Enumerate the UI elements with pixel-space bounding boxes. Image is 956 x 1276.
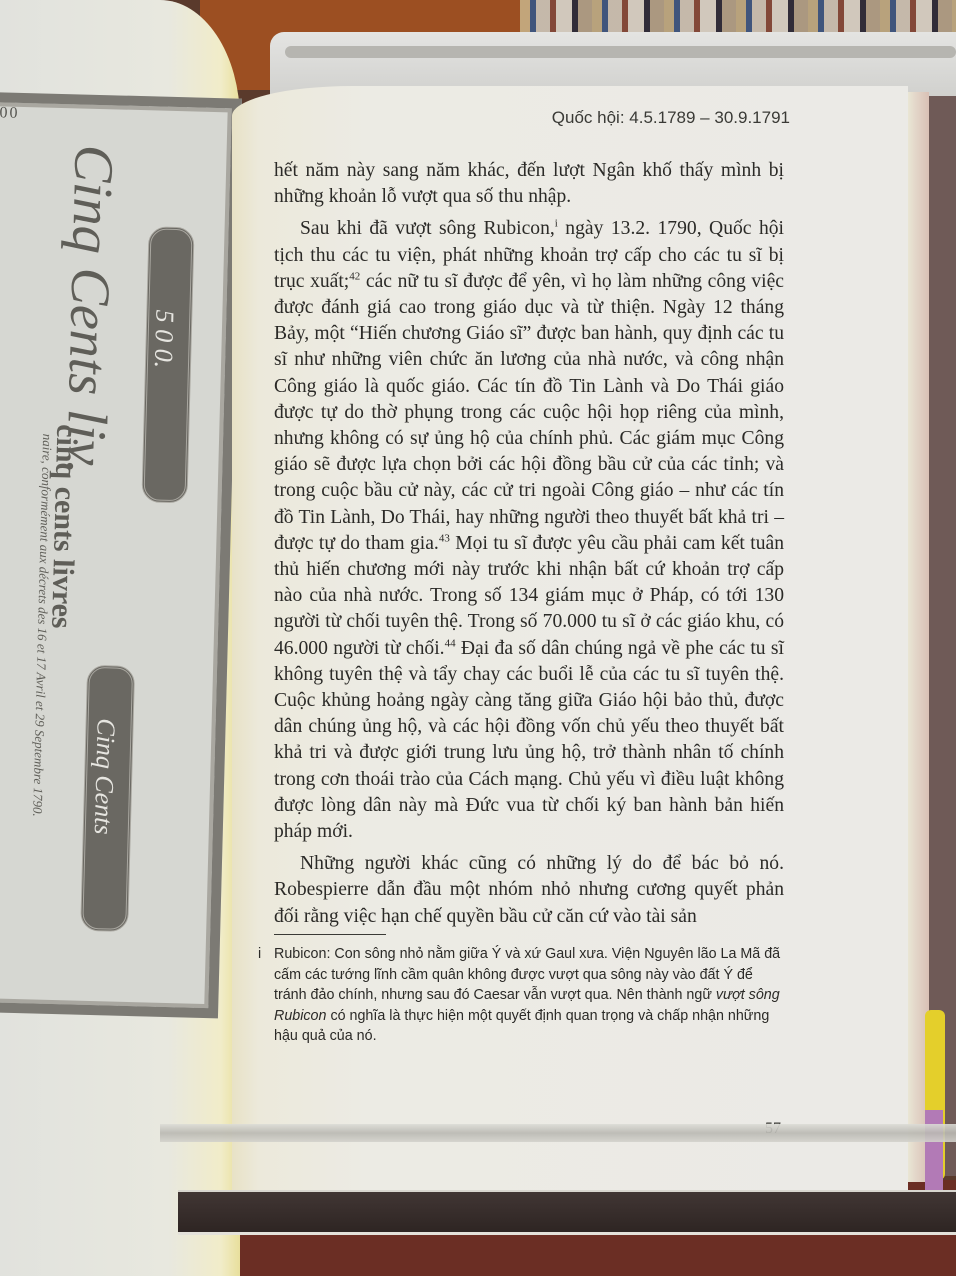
banknote-corner-value: 500 — [0, 104, 20, 123]
running-head: Quốc hội: 4.5.1789 – 30.9.1791 — [552, 108, 790, 128]
endnote-ref-44[interactable]: 44 — [445, 637, 456, 649]
background-monitor-bar — [285, 46, 956, 58]
footnote: i Rubicon: Con sông nhỏ nằm giữa Ý và xứ… — [258, 944, 786, 1047]
paragraph-3: Những người khác cũng có những lý do để … — [274, 851, 784, 930]
paragraph-text: các nữ tu sĩ được để yên, vì họ làm nhữn… — [274, 271, 784, 554]
acrylic-stand-base — [178, 1190, 956, 1235]
endnote-ref-43[interactable]: 43 — [439, 532, 450, 544]
footnote-text: Rubicon: Con sông nhỏ nằm giữa Ý và xứ G… — [274, 944, 786, 1047]
paragraph-text: hết năm này sang năm khác, đến lượt Ngân… — [274, 160, 784, 207]
footnote-separator — [274, 934, 386, 935]
paragraph-text: Đại đa số dân chúng ngả về phe các tu sĩ… — [274, 638, 784, 842]
paragraph-text: Sau khi đã vượt sông Rubicon, — [300, 218, 555, 239]
footnote-text-part: Rubicon: Con sông nhỏ nằm giữa Ý và xứ G… — [274, 946, 780, 1003]
paragraph-text: Những người khác cũng có những lý do để … — [274, 853, 784, 926]
body-text: hết năm này sang năm khác, đến lượt Ngân… — [274, 158, 784, 930]
bookmark-ribbon-purple — [925, 1110, 943, 1190]
banknote-label-plate: Cinq Cents — [80, 665, 135, 932]
paragraph-2: Sau khi đã vượt sông Rubicon,i ngày 13.2… — [274, 216, 784, 845]
left-page: 500 Cinq Cents liv. cinq cents livres na… — [0, 0, 240, 1276]
footnote-text-part: có nghĩa là thực hiện một quyết định qua… — [274, 1008, 769, 1045]
background-bookshelf — [520, 0, 956, 36]
endnote-ref-42[interactable]: 42 — [349, 270, 360, 282]
assignat-banknote-image: 500 Cinq Cents liv. cinq cents livres na… — [0, 92, 242, 1019]
banknote-value-plate: 5 0 0. — [141, 226, 194, 503]
paragraph-1: hết năm này sang năm khác, đến lượt Ngân… — [274, 158, 784, 210]
right-page: Quốc hội: 4.5.1789 – 30.9.1791 hết năm n… — [232, 86, 908, 1196]
footnote-marker: i — [258, 944, 261, 965]
acrylic-stand-rail — [160, 1124, 956, 1142]
banknote-plate-label: Cinq Cents — [88, 718, 121, 835]
banknote-plate-value: 5 0 0. — [148, 309, 180, 368]
